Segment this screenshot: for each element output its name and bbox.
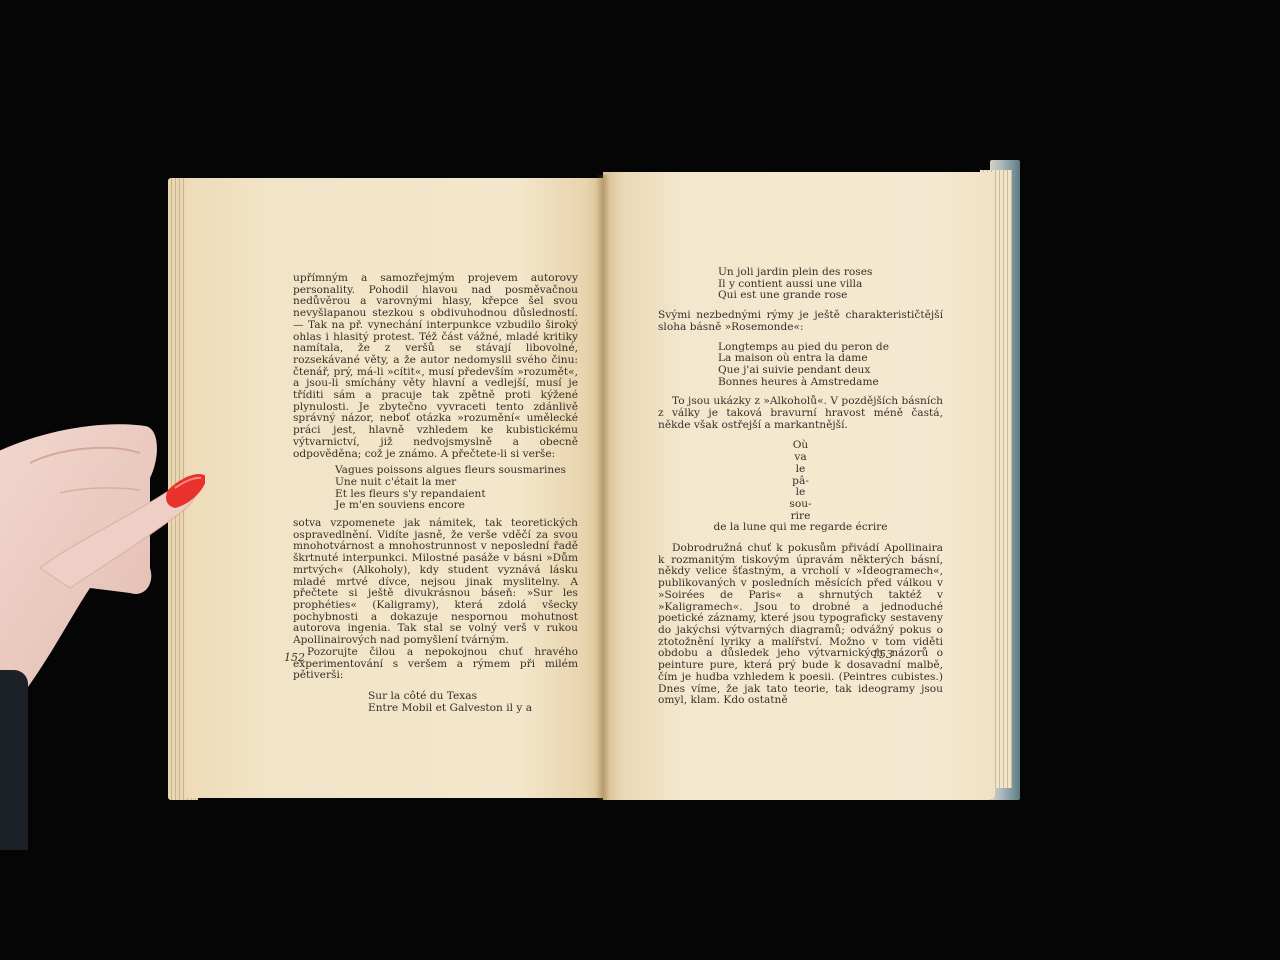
left-verse-2: Sur la côté du Texas Entre Mobil et Galv… xyxy=(368,691,578,714)
right-page: Un joli jardin plein des roses Il y cont… xyxy=(603,172,995,800)
calligram-line: le xyxy=(658,464,943,476)
page-number-left: 152 xyxy=(284,651,305,664)
verse-line: Entre Mobil et Galveston il y a xyxy=(368,703,578,715)
right-paragraph-2: To jsou ukázky z »Alkoholů«. V pozdějšíc… xyxy=(658,396,943,431)
left-paragraph-2: sotva vzpomenete jak námitek, tak teoret… xyxy=(293,518,578,647)
right-paragraph-1: Svými nezbednými rýmy je ještě charakter… xyxy=(658,310,943,333)
right-verse-2: Longtemps au pied du peron de La maison … xyxy=(718,342,943,389)
left-verse-1: Vagues poissons algues fleurs sousmarine… xyxy=(335,465,578,512)
left-page: upřímným a samozřejmým projevem autorovy… xyxy=(185,178,603,798)
left-paragraph-3: Pozorujte čilou a nepokojnou chuť hravéh… xyxy=(293,647,578,682)
calligram-line: de la lune qui me regarde écrire xyxy=(658,522,943,534)
verse-line: Que j'ai suivie pendant deux xyxy=(718,365,943,377)
verse-line: Je m'en souviens encore xyxy=(335,500,578,512)
verse-line: Sur la côté du Texas xyxy=(368,691,578,703)
calligram: Où va le pâ- le sou- rire de la lune qui… xyxy=(658,440,943,534)
hand-holding-book xyxy=(0,418,205,698)
calligram-line: sou- xyxy=(658,499,943,511)
page-number-right: 153 xyxy=(872,648,893,661)
left-page-text: upřímným a samozřejmým projevem autorovy… xyxy=(293,273,578,720)
verse-line: Un joli jardin plein des roses xyxy=(718,267,943,279)
verse-line: Qui est une grande rose xyxy=(718,290,943,302)
dark-sleeve xyxy=(0,670,28,850)
verse-line: Une nuit c'était la mer xyxy=(335,477,578,489)
book-gutter xyxy=(596,175,610,800)
right-paragraph-3: Dobrodružná chuť k pokusům přivádí Apoll… xyxy=(658,543,943,707)
left-paragraph-1: upřímným a samozřejmým projevem autorovy… xyxy=(293,273,578,460)
photo-scene: upřímným a samozřejmým projevem autorovy… xyxy=(0,0,1280,960)
right-page-text: Un joli jardin plein des roses Il y cont… xyxy=(658,267,943,707)
right-verse-1: Un joli jardin plein des roses Il y cont… xyxy=(718,267,943,302)
verse-line: Bonnes heures à Amstredame xyxy=(718,377,943,389)
